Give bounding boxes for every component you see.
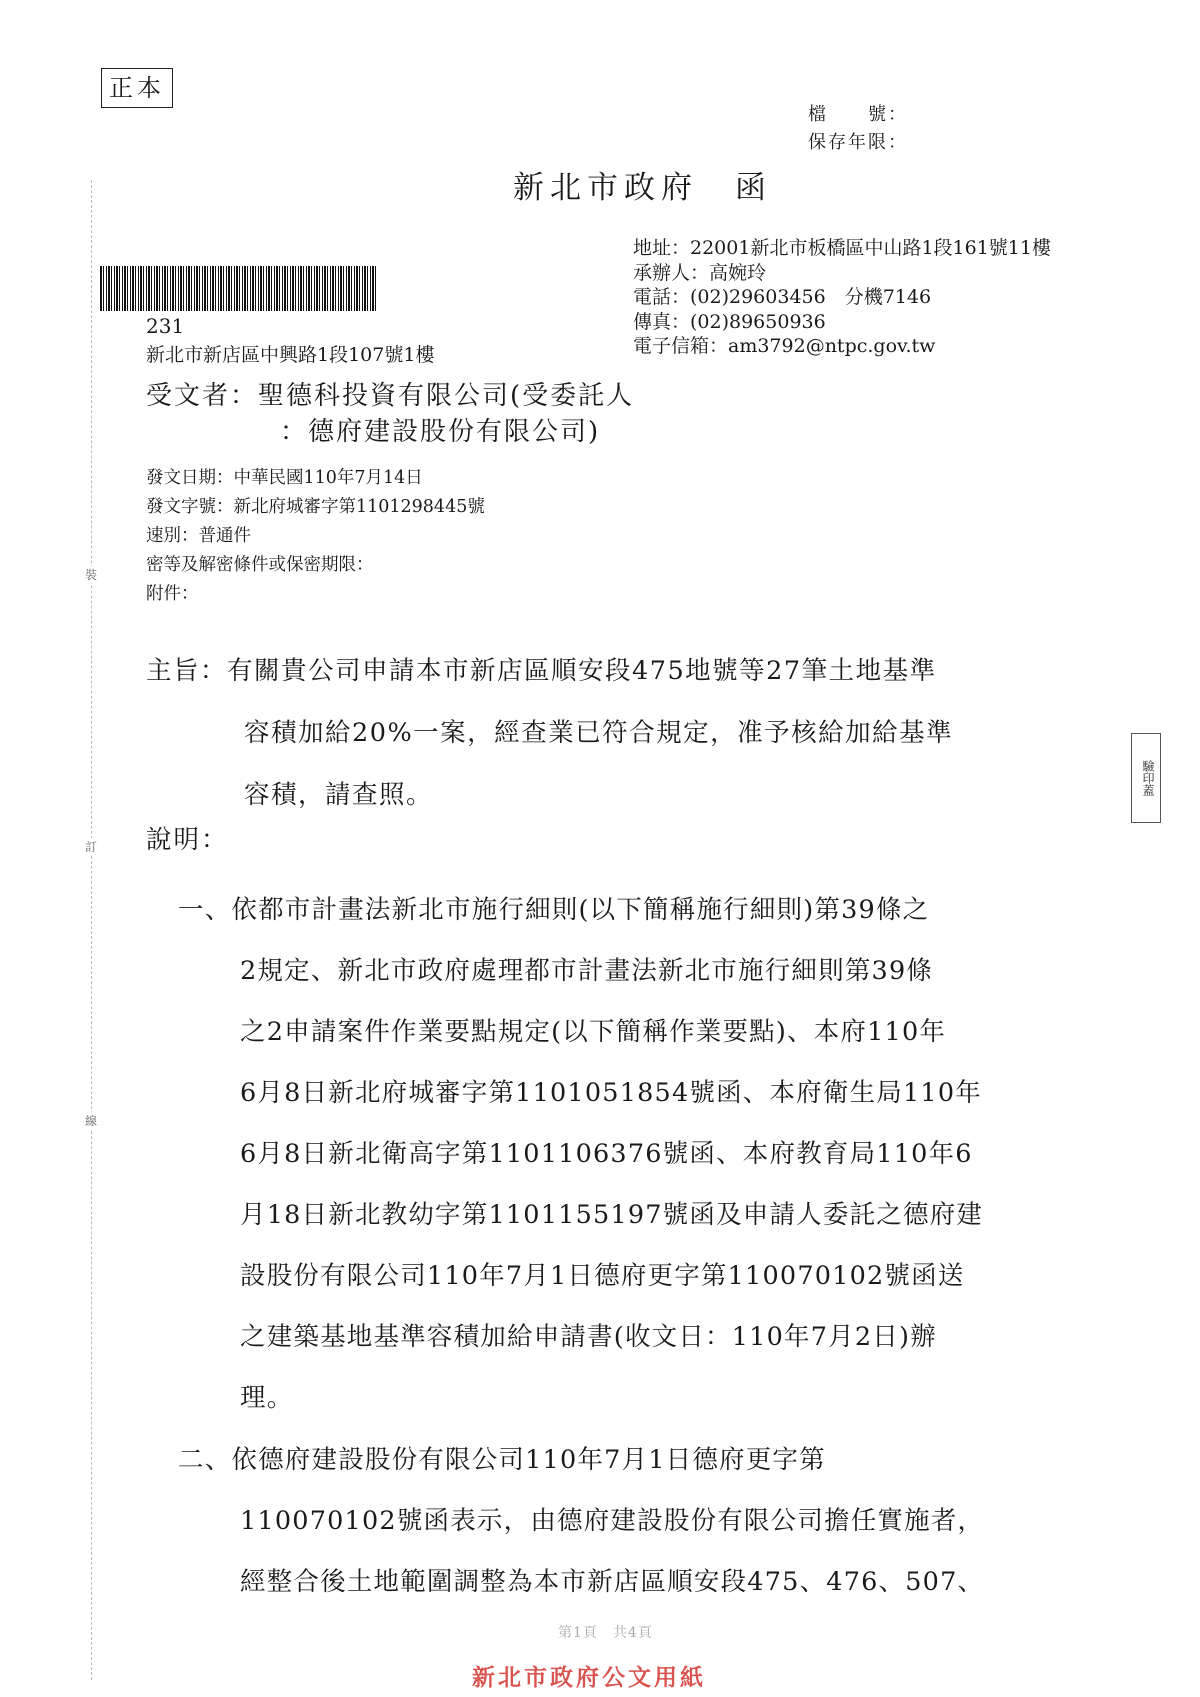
page-number: 第1頁 共4頁 <box>558 1622 653 1642</box>
paragraph-line: 2規定、新北市政府處理都市計畫法新北市施行細則第39條 <box>240 941 983 1002</box>
document-title: 新北市政府 函 <box>513 162 772 207</box>
subject: 主旨：有關貴公司申請本市新店區順安段475地號等27筆土地基準 容積加給20%一… <box>146 640 1106 826</box>
doc-number: 發文字號：新北府城審字第1101298445號 <box>146 493 485 522</box>
recipient: 受文者：聖德科投資有限公司(受委託人 ：德府建設股份有限公司) <box>146 378 634 450</box>
binding-mark-xian: 線 <box>83 1112 99 1129</box>
phone: 電話：(02)29603456 分機7146 <box>633 285 1051 310</box>
paragraph-line: 理。 <box>240 1368 983 1429</box>
sender-address: 地址：22001新北市板橋區中山路1段161號11樓 <box>633 236 1051 261</box>
explanation-paragraph-2: 二、依德府建設股份有限公司110年7月1日德府更字第 110070102號函表示… <box>240 1430 984 1613</box>
paragraph-line: 經整合後土地範圍調整為本市新店區順安段475、476、507、 <box>240 1552 984 1613</box>
official-paper-footer: 新北市政府公文用紙 <box>472 1659 706 1692</box>
subject-line-1: 主旨：有關貴公司申請本市新店區順安段475地號等27筆土地基準 <box>146 640 1106 702</box>
paragraph-line: 設股份有限公司110年7月1日德府更字第110070102號函送 <box>240 1246 983 1307</box>
paragraph-line: 110070102號函表示，由德府建設股份有限公司擔任實施者， <box>240 1491 984 1552</box>
speed: 速別：普通件 <box>146 522 485 551</box>
attachments: 附件： <box>146 580 485 609</box>
binding-mark-ding: 訂 <box>83 838 99 855</box>
verification-stamp: 驗印蓋 <box>1131 733 1161 823</box>
paragraph-line: 二、依德府建設股份有限公司110年7月1日德府更字第 <box>178 1430 984 1491</box>
paragraph-line: 月18日新北教幼字第1101155197號函及申請人委託之德府建 <box>240 1185 983 1246</box>
recipient-line-1: 受文者：聖德科投資有限公司(受委託人 <box>146 378 634 414</box>
document-meta: 發文日期：中華民國110年7月14日 發文字號：新北府城審字第110129844… <box>146 464 485 609</box>
recipient-address: 新北市新店區中興路1段107號1樓 <box>146 340 434 367</box>
paragraph-line: 一、依都市計畫法新北市施行細則(以下簡稱施行細則)第39條之 <box>178 880 983 941</box>
file-number-label: 檔 號： <box>808 100 908 126</box>
issue-date: 發文日期：中華民國110年7月14日 <box>146 464 485 493</box>
paragraph-line: 6月8日新北府城審字第1101051854號函、本府衛生局110年 <box>240 1063 983 1124</box>
recipient-zip: 231 <box>146 314 184 338</box>
binding-margin-line <box>91 180 92 1680</box>
fax: 傳真：(02)89650936 <box>633 310 1051 335</box>
paragraph-line: 6月8日新北衛高字第1101106376號函、本府教育局110年6 <box>240 1124 983 1185</box>
paragraph-line: 之建築基地基準容積加給申請書(收文日：110年7月2日)辦 <box>240 1307 983 1368</box>
email: 電子信箱：am3792@ntpc.gov.tw <box>633 334 1051 359</box>
subject-line-2: 容積加給20%一案，經查業已符合規定，准予核給加給基準 <box>146 702 1106 764</box>
barcode <box>100 266 377 311</box>
confidentiality: 密等及解密條件或保密期限： <box>146 551 485 580</box>
sender-contact-block: 地址：22001新北市板橋區中山路1段161號11樓 承辦人：高婉玲 電話：(0… <box>633 236 1051 359</box>
original-copy-stamp: 正本 <box>101 68 173 108</box>
paragraph-line: 之2申請案件作業要點規定(以下簡稱作業要點)、本府110年 <box>240 1002 983 1063</box>
handler: 承辦人：高婉玲 <box>633 261 1051 286</box>
retention-period-label: 保存年限： <box>808 128 908 154</box>
recipient-line-2: ：德府建設股份有限公司) <box>146 414 634 450</box>
explanation-heading: 說明： <box>146 820 229 856</box>
binding-mark-zhuang: 裝 <box>83 566 99 583</box>
subject-line-3: 容積，請查照。 <box>146 764 1106 826</box>
explanation-paragraph-1: 一、依都市計畫法新北市施行細則(以下簡稱施行細則)第39條之 2規定、新北市政府… <box>240 880 983 1429</box>
